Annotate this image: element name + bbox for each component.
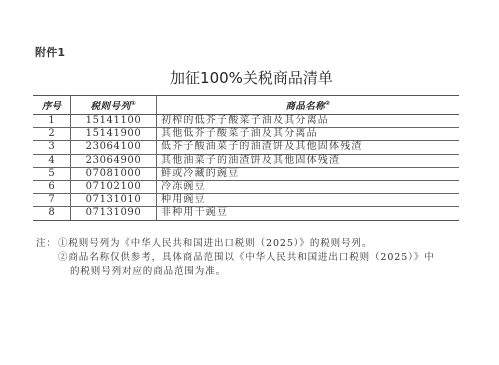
cell-serial-number: 5 — [33, 167, 71, 180]
cell-tariff-code: 23064100 — [71, 141, 157, 154]
notes-prefix: 注： — [36, 237, 58, 251]
document-title: 加征100%关税商品清单 — [0, 67, 499, 88]
table-row: 3 23064100 低芥子酸油菜子的油渣饼及其他固体残渣 — [33, 141, 459, 154]
cell-goods-name: 鲜或冷藏的豌豆 — [157, 167, 460, 180]
cell-serial-number: 2 — [33, 128, 71, 141]
footnote-marker-2: ② — [325, 100, 330, 107]
cell-serial-number: 6 — [33, 180, 71, 193]
footnote-1: 注：①税则号列为《中华人民共和国进出口税则（2025）》的税则号列。 — [36, 237, 435, 251]
header-serial-number: 序号 — [33, 96, 71, 115]
cell-serial-number: 7 — [33, 194, 71, 207]
cell-serial-number: 4 — [33, 154, 71, 167]
cell-tariff-code: 07081000 — [71, 167, 157, 180]
header-tariff-code: 税则号列① — [71, 96, 157, 115]
table-row: 5 07081000 鲜或冷藏的豌豆 — [33, 167, 459, 180]
table-row: 6 07102100 冷冻豌豆 — [33, 180, 459, 193]
cell-goods-name: 初榨的低芥子酸菜子油及其分离品 — [157, 115, 460, 128]
table-row: 1 15141100 初榨的低芥子酸菜子油及其分离品 — [33, 115, 459, 128]
table-row: 2 15141900 其他低芥子酸菜子油及其分离品 — [33, 128, 459, 141]
table-row: 7 07131010 种用豌豆 — [33, 194, 459, 207]
cell-goods-name: 非种用干豌豆 — [157, 207, 460, 220]
attachment-label: 附件1 — [35, 44, 65, 60]
table-row: 4 23064900 其他油菜子的油渣饼及其他固体残渣 — [33, 154, 459, 167]
cell-goods-name: 种用豌豆 — [157, 194, 460, 207]
cell-goods-name: 其他油菜子的油渣饼及其他固体残渣 — [157, 154, 460, 167]
footnotes: 注：①税则号列为《中华人民共和国进出口税则（2025）》的税则号列。 ②商品名称… — [36, 237, 435, 279]
cell-serial-number: 1 — [33, 115, 71, 128]
table-row: 8 07131090 非种用干豌豆 — [33, 207, 459, 220]
table-header-row: 序号 税则号列① 商品名称② — [33, 96, 459, 115]
cell-tariff-code: 07131010 — [71, 194, 157, 207]
footnote-marker-1: ① — [131, 100, 137, 107]
footnote-2-line-2: 的税则号列对应的商品范围为准。 — [36, 265, 435, 279]
header-goods-name: 商品名称② — [157, 96, 460, 115]
cell-goods-name: 冷冻豌豆 — [157, 180, 460, 193]
cell-tariff-code: 07131090 — [71, 207, 157, 220]
cell-tariff-code: 15141100 — [71, 115, 157, 128]
cell-goods-name: 其他低芥子酸菜子油及其分离品 — [157, 128, 460, 141]
tariff-goods-table: 序号 税则号列① 商品名称② 1 15141100 初榨的低芥子酸菜子油及其分离… — [33, 95, 459, 221]
cell-goods-name: 低芥子酸油菜子的油渣饼及其他固体残渣 — [157, 141, 460, 154]
cell-tariff-code: 23064900 — [71, 154, 157, 167]
cell-tariff-code: 15141900 — [71, 128, 157, 141]
cell-tariff-code: 07102100 — [71, 180, 157, 193]
cell-serial-number: 8 — [33, 207, 71, 220]
cell-serial-number: 3 — [33, 141, 71, 154]
footnote-2-line-1: ②商品名称仅供参考，具体商品范围以《中华人民共和国进出口税则（2025）》中 — [36, 251, 435, 265]
